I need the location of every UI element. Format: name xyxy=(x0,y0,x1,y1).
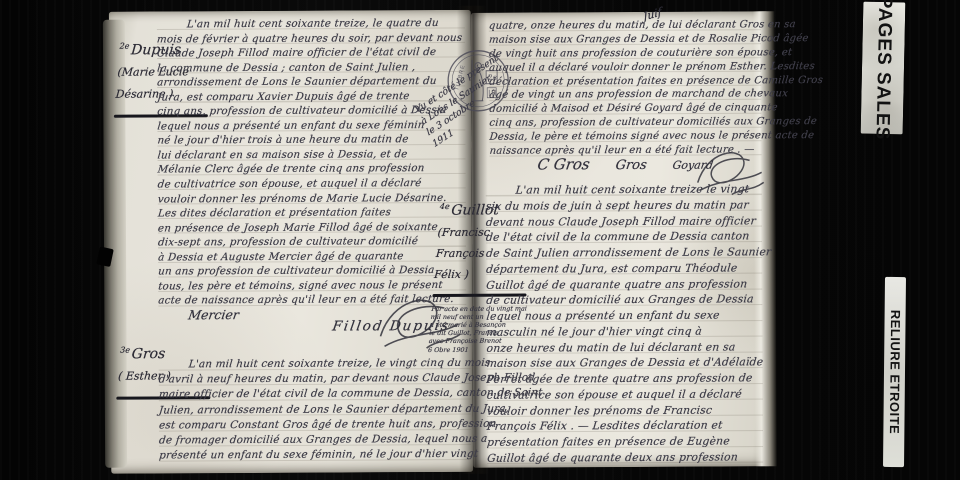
manuscript-line: présentation faites en présence de Eugèn… xyxy=(486,433,764,450)
manuscript-line: Dessia, le père et témoins signé avec no… xyxy=(489,129,762,144)
label-reliure-etroite: RELIURE ETROITE xyxy=(883,277,906,467)
manuscript-line: L'an mil huit cent soixante treize, le q… xyxy=(156,16,465,32)
manuscript-line: vouloir donner les prénoms de Francisc xyxy=(486,402,764,419)
act-text-gros-start: L'an mil huit cent soixante treize, le v… xyxy=(159,356,472,464)
manuscript-line: cultivatrice son épouse et auquel il a d… xyxy=(486,386,764,403)
manuscript-line: né le jour d'hier trois à une heure du m… xyxy=(157,132,466,148)
manuscript-line: maire officier de l'état civil de la com… xyxy=(158,386,472,403)
manuscript-line: arrondissement de Lons le Saunier départ… xyxy=(156,74,465,90)
manuscript-line: un ans profession de cultivateur domicil… xyxy=(157,263,466,279)
manuscript-line: François Félix . — Lesdites déclaration … xyxy=(486,418,764,435)
signature: Gros xyxy=(615,158,648,173)
manuscript-line: masculin né le jour d'hier vingt cinq à xyxy=(486,323,764,340)
manuscript-line: Guillot âgé de quarante deux ans profess… xyxy=(486,449,764,466)
manuscript-line: six du mois de juin à sept heures du mat… xyxy=(485,197,763,214)
manuscript-line: de vingt huit ans profession de couturiè… xyxy=(488,46,761,61)
act-text-dupuis: L'an mil huit cent soixante treize, le q… xyxy=(157,16,467,309)
manuscript-line: présenté un enfant du sexe féminin, né l… xyxy=(158,447,472,464)
manuscript-line: quatre, onze heures du matin, de lui déc… xyxy=(488,18,761,33)
label-text: PAGES SALES xyxy=(870,0,895,141)
manuscript-line: est comparu Constant Gros âgé de trente … xyxy=(158,417,472,434)
manuscript-line: de cultivateur domicilié aux Granges de … xyxy=(486,292,764,309)
record-ordinal: 3e xyxy=(120,346,131,355)
manuscript-line: de fromager domicilié aux Granges de Des… xyxy=(158,432,472,449)
manuscript-line: département du Jura, est comparu Théodul… xyxy=(485,260,763,277)
record-ordinal: 4e xyxy=(439,202,450,211)
signature-mercier: Mercier xyxy=(187,307,240,322)
record-ordinal: 2e xyxy=(119,42,130,51)
manuscript-line: Guillot âgé de quarante quatre ans profe… xyxy=(485,276,763,293)
manuscript-line: Julien, arrondissement de Lons le Saunie… xyxy=(158,401,472,418)
signature: C Gros xyxy=(536,155,591,173)
register-spread: 2eDupuis (Marie Lucie Désarine ) L'an mi… xyxy=(107,4,771,475)
manuscript-line: maison sise aux Granges de Dessia et d'A… xyxy=(486,355,764,372)
manuscript-line: auquel il a déclaré vouloir donner le pr… xyxy=(488,60,761,75)
manuscript-line: de Saint Julien arrondissement de Lons l… xyxy=(485,244,763,261)
manuscript-line: Perret âgée de trente quatre ans profess… xyxy=(486,370,764,387)
manuscript-line: Claude Joseph Fillod maire officier de l… xyxy=(156,45,465,61)
manuscript-line: Mélanie Clerc âgée de trente cinq ans pr… xyxy=(157,161,466,177)
manuscript-line: devant nous Claude Joseph Fillod maire o… xyxy=(485,213,763,230)
manuscript-line: onze heures du matin de lui déclarant en… xyxy=(486,339,764,356)
act-text-gros-end: quatre, onze heures du matin, de lui déc… xyxy=(489,18,762,158)
manuscript-line: de cultivatrice son épouse, et auquel il… xyxy=(157,176,466,192)
manuscript-line: de l'état civil de la commune de Dessia … xyxy=(485,229,763,246)
label-pages-sales: PAGES SALES xyxy=(861,2,906,135)
manuscript-line: Les dites déclaration et présentation fa… xyxy=(157,205,466,221)
manuscript-line: dix-sept ans, profession de cultivateur … xyxy=(157,234,466,250)
manuscript-line: lequel nous a présenté un enfant du sexe xyxy=(486,307,764,324)
label-text: RELIURE ETROITE xyxy=(886,310,902,435)
scan-viewer: 2eDupuis (Marie Lucie Désarine ) L'an mi… xyxy=(0,0,960,480)
manuscript-line: maison sise aux Granges de Dessia et de … xyxy=(488,32,761,47)
manuscript-line: L'an mil huit cent soixante treize le vi… xyxy=(485,181,763,198)
act-text-guillot: L'an mil huit cent soixante treize le vi… xyxy=(486,181,763,466)
